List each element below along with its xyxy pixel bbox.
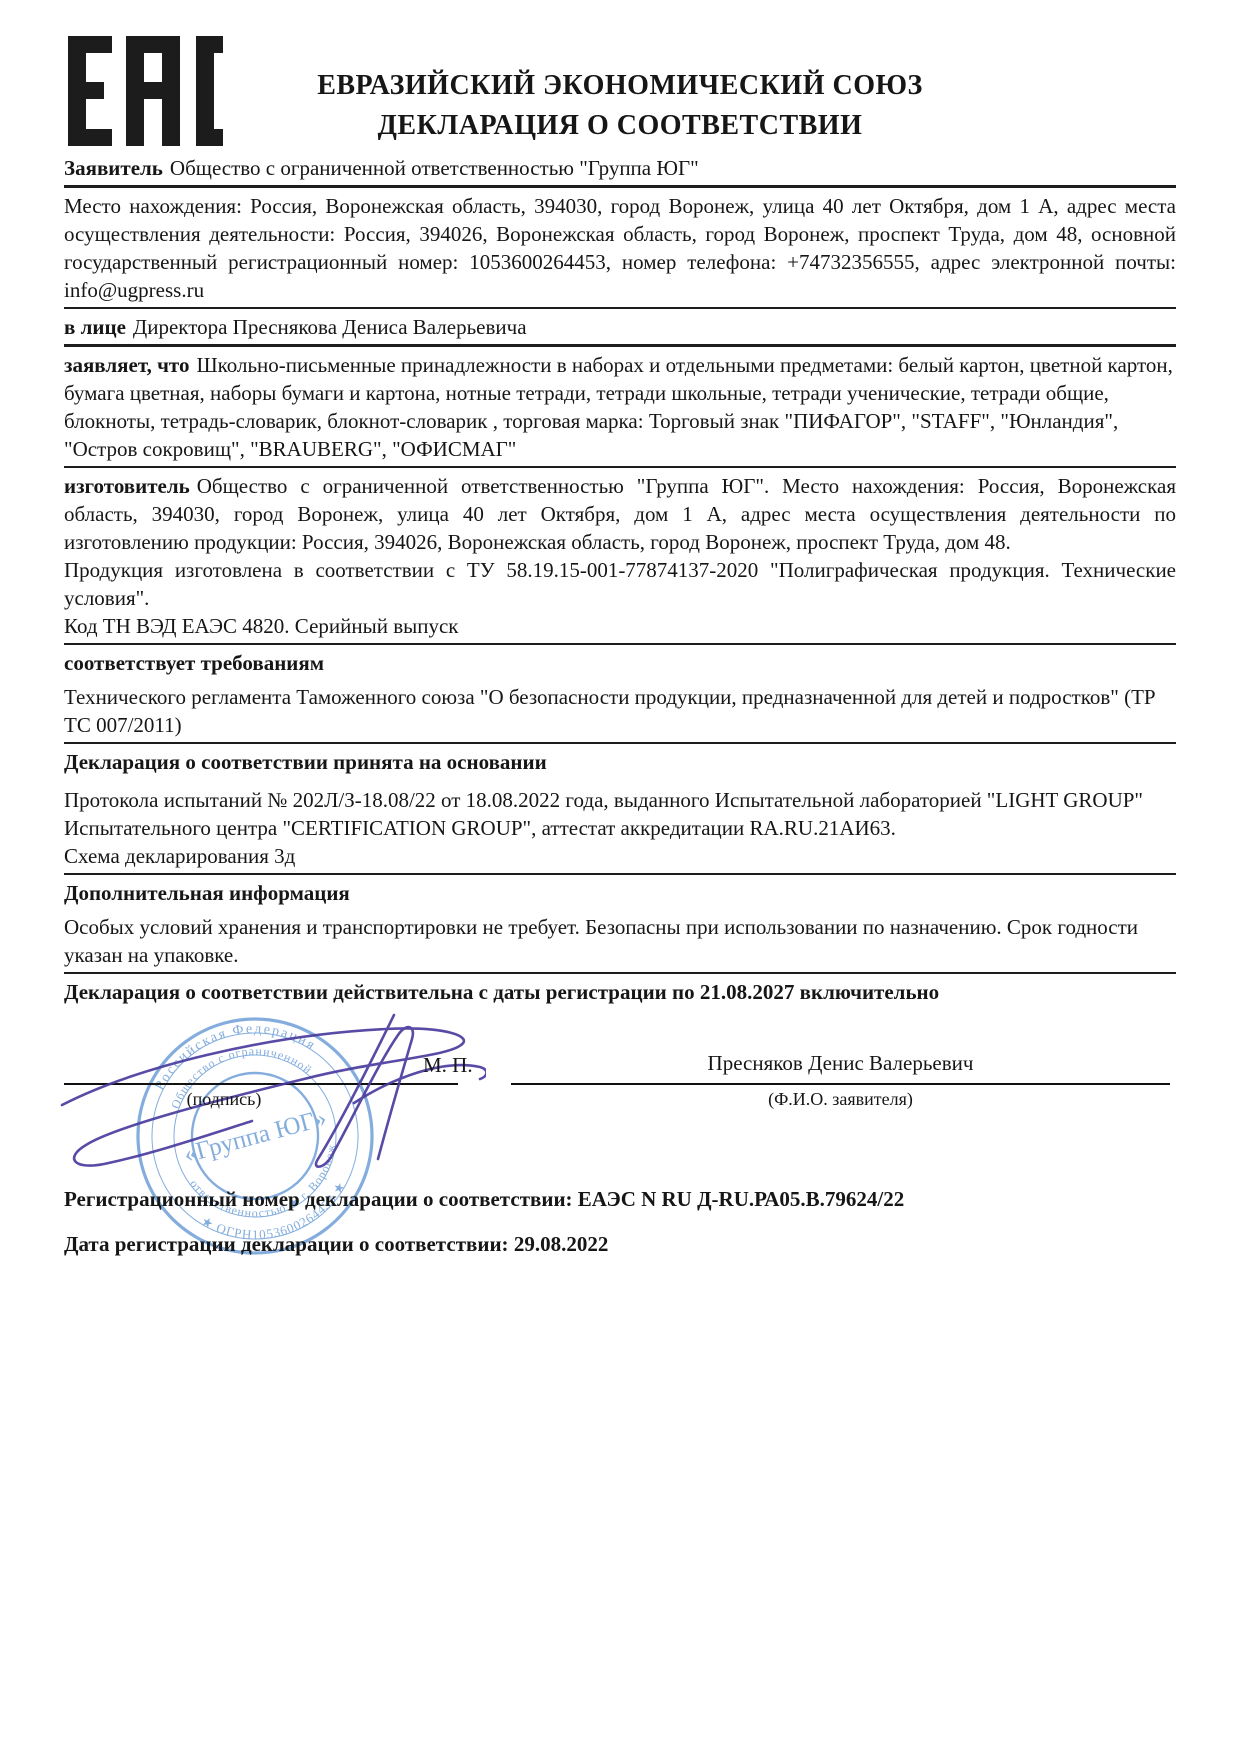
manufacturer-value: Общество с ограниченной ответственностью… (64, 474, 1176, 554)
registration-number-value: ЕАЭС N RU Д-RU.РА05.В.79624/22 (578, 1187, 904, 1211)
signer-name-line (511, 1083, 1170, 1085)
declaration-label: заявляет, что (64, 353, 189, 377)
divider (64, 185, 1176, 188)
title-declaration: ДЕКЛАРАЦИЯ О СООТВЕТСТВИИ (64, 106, 1176, 146)
validity-line: Декларация о соответствии действительна … (64, 978, 1176, 1006)
basis-heading: Декларация о соответствии принята на осн… (64, 748, 1176, 776)
tnved-code-line: Код ТН ВЭД ЕАЭС 4820. Серийный выпуск (64, 612, 1176, 640)
registration-number-line: Регистрационный номер декларации о соотв… (64, 1185, 1176, 1213)
additional-heading: Дополнительная информация (64, 879, 1176, 907)
eac-logo-icon (68, 36, 223, 151)
manufacturer-label: изготовитель (64, 474, 190, 498)
signer-name-caption: (Ф.И.О. заявителя) (511, 1089, 1170, 1110)
document-title: ЕВРАЗИЙСКИЙ ЭКОНОМИЧЕСКИЙ СОЮЗ ДЕКЛАРАЦИ… (64, 34, 1176, 146)
seal-place-label: М. П. (423, 1053, 473, 1078)
compliance-paragraph: Технического регламента Таможенного союз… (64, 683, 1176, 739)
divider (64, 344, 1176, 347)
location-paragraph: Место нахождения: Россия, Воронежская об… (64, 192, 1176, 304)
declaration-paragraph: заявляет, чтоШкольно-письменные принадле… (64, 351, 1176, 463)
divider (64, 742, 1176, 744)
compliance-heading: соответствует требованиям (64, 649, 1176, 677)
document-header: ЕВРАЗИЙСКИЙ ЭКОНОМИЧЕСКИЙ СОЮЗ ДЕКЛАРАЦИ… (64, 34, 1176, 154)
divider (64, 466, 1176, 468)
divider (64, 972, 1176, 974)
basis-paragraph: Протокола испытаний № 202Л/З-18.08/22 от… (64, 786, 1176, 842)
title-union: ЕВРАЗИЙСКИЙ ЭКОНОМИЧЕСКИЙ СОЮЗ (64, 66, 1176, 106)
document-page: ЕВРАЗИЙСКИЙ ЭКОНОМИЧЕСКИЙ СОЮЗ ДЕКЛАРАЦИ… (0, 0, 1240, 1754)
scheme-line: Схема декларирования 3д (64, 842, 1176, 870)
divider (64, 873, 1176, 875)
person-label: в лице (64, 315, 126, 339)
person-line: в лицеДиректора Преснякова Дениса Валерь… (64, 313, 1176, 341)
declaration-value: Школьно-письменные принадлежности в набо… (64, 353, 1173, 461)
manufacturer-paragraph: изготовительОбщество с ограниченной отве… (64, 472, 1176, 556)
divider (64, 643, 1176, 645)
registration-number-label: Регистрационный номер декларации о соотв… (64, 1187, 573, 1211)
applicant-value: Общество с ограниченной ответственностью… (170, 156, 699, 180)
signature-caption: (подпись) (124, 1089, 324, 1110)
signer-name: Пресняков Денис Валерьевич (511, 1051, 1170, 1076)
applicant-label: Заявитель (64, 156, 163, 180)
production-line: Продукция изготовлена в соответствии с Т… (64, 556, 1176, 612)
applicant-line: ЗаявительОбщество с ограниченной ответст… (64, 154, 1176, 182)
registration-date-line: Дата регистрации декларации о соответств… (64, 1230, 1176, 1258)
signature-block: Российская Федерация ★ ОГРН1053600264453… (64, 1009, 1176, 1185)
registration-date-value: 29.08.2022 (514, 1232, 609, 1256)
additional-paragraph: Особых условий хранения и транспортировк… (64, 913, 1176, 969)
divider (64, 307, 1176, 309)
person-value: Директора Преснякова Дениса Валерьевича (133, 315, 527, 339)
registration-date-label: Дата регистрации декларации о соответств… (64, 1232, 509, 1256)
